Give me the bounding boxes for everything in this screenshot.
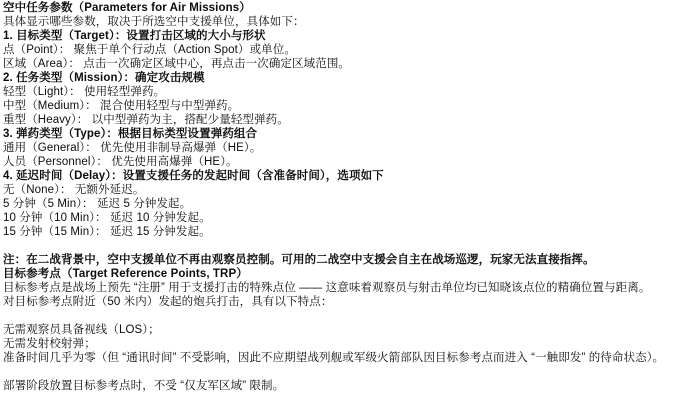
text-line: 无需发射校射弹； (3, 337, 690, 351)
text-line: 目标参考点是战场上预先 “注册” 用于支援打击的特殊点位 —— 这意味着观察员与… (3, 281, 690, 295)
text-line: 重型（Heavy）： 以中型弹药为主，搭配少量轻型弹药。 (3, 113, 690, 127)
blank-line (3, 239, 690, 253)
blank-line (3, 365, 690, 379)
text-line: 3. 弹药类型（Type）：根据目标类型设置弹药组合 (3, 127, 690, 141)
text-line: 对目标参考点附近（50 米内）发起的炮兵打击，具有以下特点： (3, 295, 690, 309)
text-line: 5 分钟（5 Min）： 延迟 5 分钟发起。 (3, 197, 690, 211)
text-line: 2. 任务类型（Mission）：确定攻击规模 (3, 71, 690, 85)
text-line: 人员（Personnel）： 优先使用高爆弹（HE）。 (3, 155, 690, 169)
text-line: 无需观察员具备视线（LOS）； (3, 323, 690, 337)
text-line: 15 分钟（15 Min）： 延迟 15 分钟发起。 (3, 225, 690, 239)
text-line: 空中任务参数（Parameters for Air Missions） (3, 1, 690, 15)
text-line: 10 分钟（10 Min）： 延迟 10 分钟发起。 (3, 211, 690, 225)
text-line: 注：在二战背景中，空中支援单位不再由观察员控制。可用的二战空中支援会自主在战场巡… (3, 253, 690, 267)
text-line: 通用（General）： 优先使用非制导高爆弹（HE）。 (3, 141, 690, 155)
text-line: 4. 延迟时间（Delay）：设置支援任务的发起时间（含准备时间），选项如下 (3, 169, 690, 183)
text-line: 轻型（Light）： 使用轻型弹药。 (3, 85, 690, 99)
text-line: 部署阶段放置目标参考点时，不受 “仅友军区域” 限制。 (3, 379, 690, 393)
text-line: 1. 目标类型（Target）：设置打击区域的大小与形状 (3, 29, 690, 43)
document-body: 空中任务参数（Parameters for Air Missions）具体显示哪… (0, 0, 690, 393)
text-line: 点（Point）： 聚焦于单个行动点（Action Spot）或单位。 (3, 43, 690, 57)
blank-line (3, 309, 690, 323)
text-line: 准备时间几乎为零（但 “通讯时间” 不受影响，因此不应期望战列舰或军级火箭部队因… (3, 351, 690, 365)
text-line: 无（None）： 无额外延迟。 (3, 183, 690, 197)
text-line: 中型（Medium）： 混合使用轻型与中型弹药。 (3, 99, 690, 113)
text-line: 具体显示哪些参数，取决于所选空中支援单位，具体如下： (3, 15, 690, 29)
text-line: 目标参考点（Target Reference Points, TRP） (3, 267, 690, 281)
text-line: 区域（Area）： 点击一次确定区域中心，再点击一次确定区域范围。 (3, 57, 690, 71)
